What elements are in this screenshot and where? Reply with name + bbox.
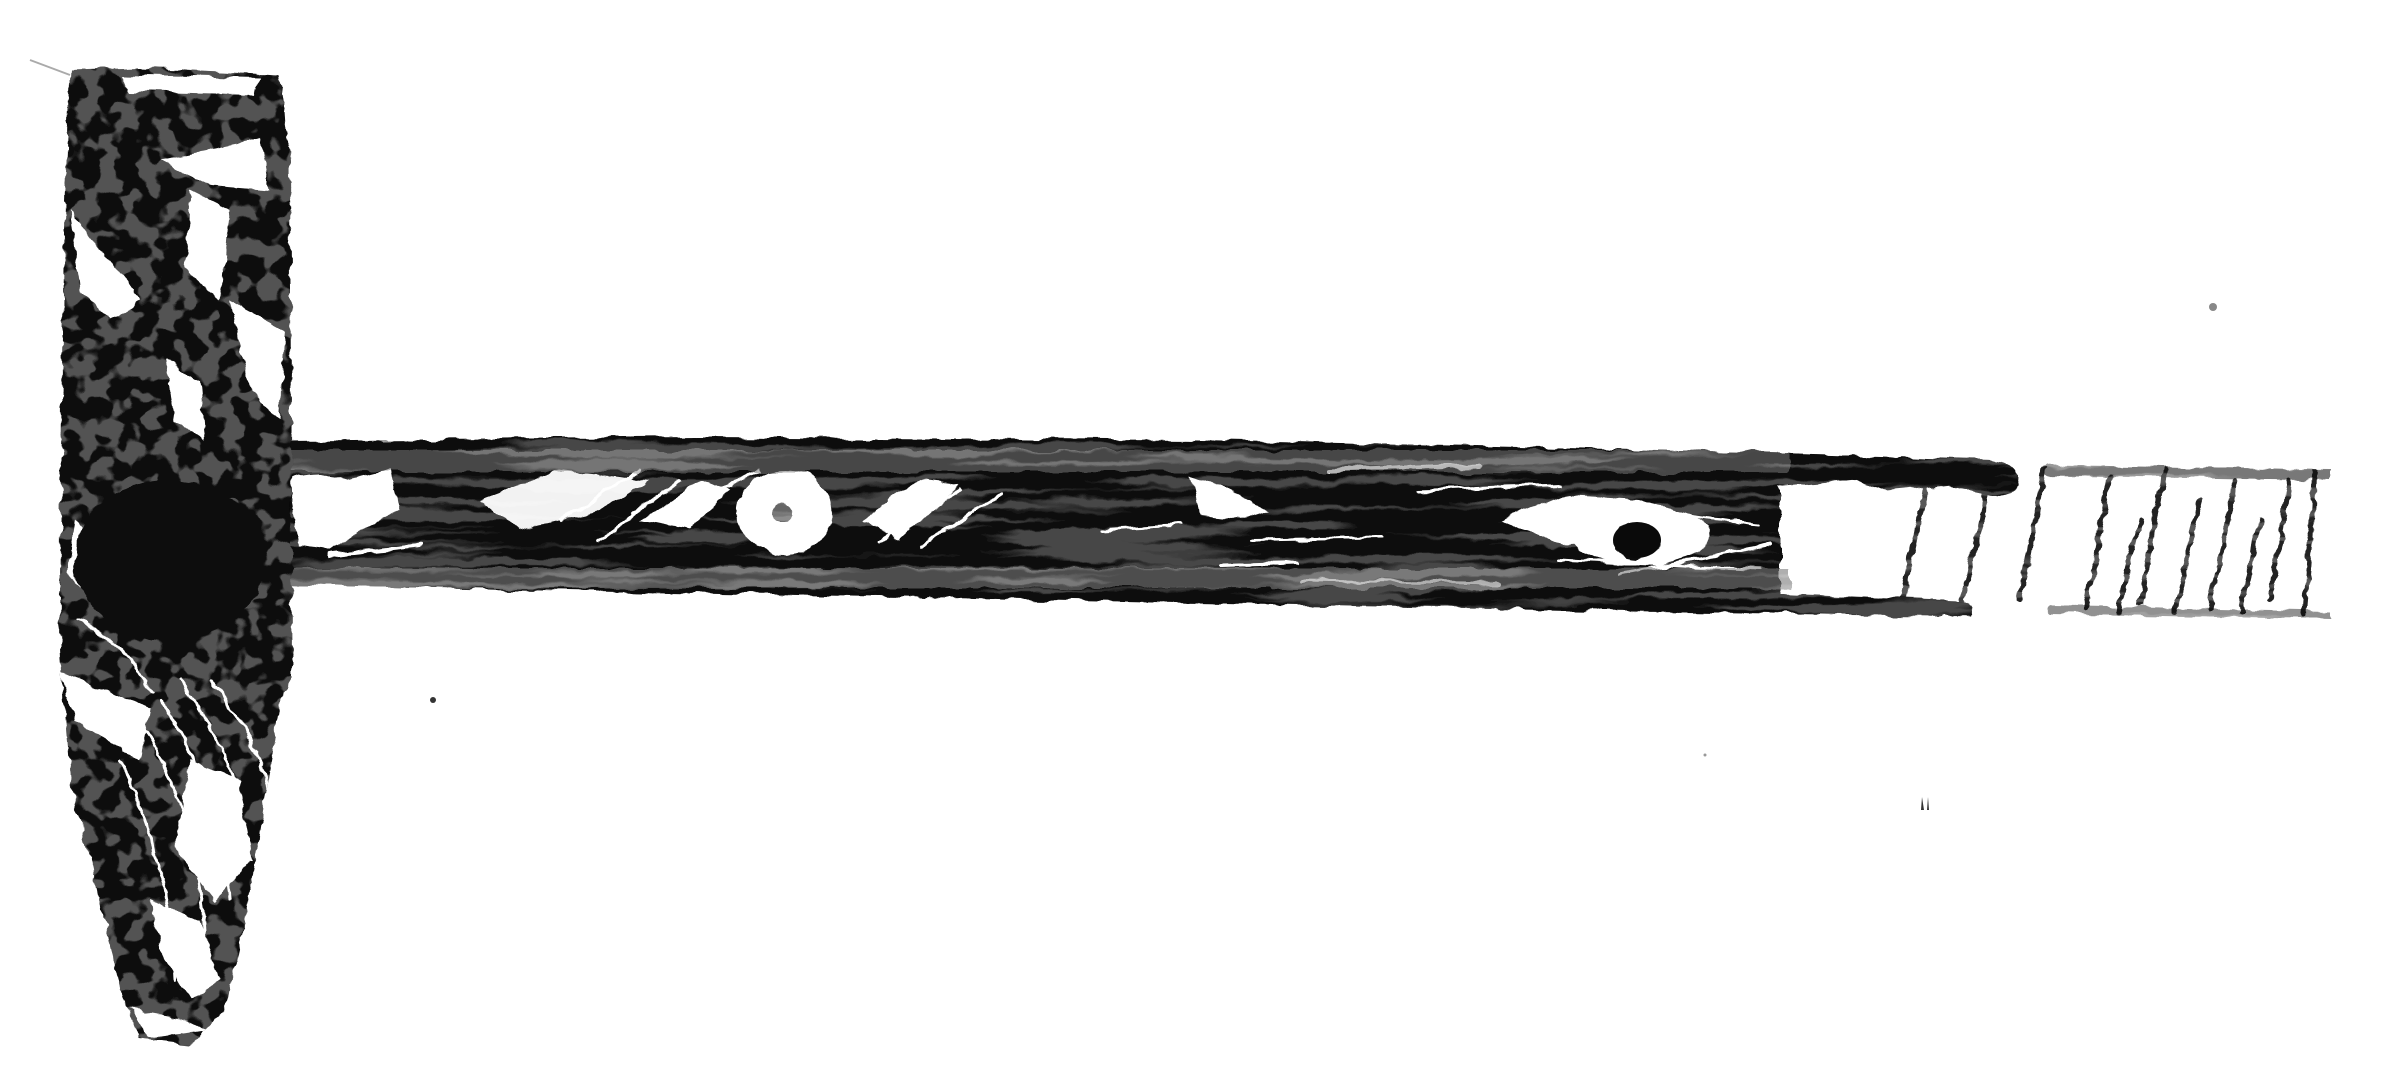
hammer-head — [50, 60, 310, 1060]
paper-specks — [30, 60, 2217, 810]
hammer-handle — [285, 430, 2340, 630]
hammer-print-canvas — [0, 0, 2402, 1080]
wood-knot — [1613, 522, 1661, 558]
